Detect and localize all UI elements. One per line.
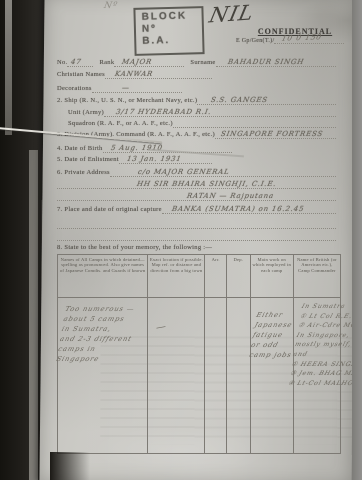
field-private-address-cont: RATAN — Rajputana [57, 190, 336, 201]
dotted-rule: — [92, 81, 182, 93]
field-capture: 7. Place and date of original capture BA… [57, 203, 336, 214]
table-column-camps: Names of All Camps in which detained—spe… [58, 255, 148, 453]
blank-dotted-line [57, 230, 336, 241]
christian-names-value: KANWAR [114, 70, 154, 78]
table-column-location: Exact location if possible. Map ref. or … [148, 255, 205, 453]
column-header-departed: Dep. [227, 255, 250, 298]
no-value: 47 [71, 58, 83, 66]
rank-value: MAJOR [122, 58, 153, 66]
column-header-work: Main work on which employed in each camp [251, 255, 293, 298]
table-column-commander: Name of British (or American etc.), Camp… [294, 255, 340, 453]
dotted-rule: KANWAR [105, 67, 212, 79]
decorations-label: Decorations [57, 85, 92, 93]
unit-label: Unit (Army) [68, 109, 104, 117]
field-date-of-enlistment: 5. Date of Enlistment 13 Jan. 1931 [57, 153, 212, 164]
camps-table: Names of All Camps in which detained—spe… [57, 254, 341, 454]
table-column-work: Main work on which employed in each camp… [251, 255, 294, 453]
field-no-rank-surname: No. 47 Rank MAJOR Surname BAHADUR SINGH [57, 56, 336, 67]
capture-value: BANKA (SUMATRA) on 16.2.45 [171, 205, 305, 213]
field-decorations: Decorations — [57, 82, 182, 93]
cell-location: — [148, 298, 204, 453]
rank-label: Rank [99, 59, 114, 67]
cell-departed [227, 298, 250, 453]
reference-number-line: E Gp/Gen(T.)/ 10 0 150 [236, 38, 344, 44]
block-number-stamp: BLOCK Nº B.A. [133, 6, 204, 56]
cell-work: EitherJapanesefatigueor oddcamp jobs [251, 298, 293, 453]
dotted-rule [57, 217, 336, 229]
column-header-camps: Names of All Camps in which detained—spe… [58, 255, 147, 298]
reference-number-value: 10 0 150 [281, 32, 323, 42]
date-of-enlistment-value: 13 Jan. 1931 [126, 155, 182, 163]
camps-handwriting: Too numerous —about 5 campsin Sumatra,an… [56, 304, 138, 364]
backing-shadow [50, 452, 90, 480]
dotted-rule: c/o MAJOR GENERAL [110, 165, 336, 177]
table-column-departed: Dep. [227, 255, 251, 453]
dotted-rule: SINGAPORE FORTRESS [215, 127, 336, 139]
work-handwriting: EitherJapanesefatigueor oddcamp jobs [248, 310, 299, 360]
ship-label: 2. Ship (R. N., U. S. N., or Merchant Na… [57, 97, 197, 105]
nil-handwritten-annotation: NIL [207, 1, 257, 28]
capture-label: 7. Place and date of original capture [57, 206, 162, 214]
binding-highlight [5, 0, 12, 135]
table-column-arrived: Arr. [205, 255, 227, 453]
cell-camps: Too numerous —about 5 campsin Sumatra,an… [58, 298, 147, 453]
squadron-label: Squadron (R. A. F., or A. A. F., etc.) [68, 120, 173, 128]
division-value: SINGAPORE FORTRESS [220, 130, 323, 138]
dotted-rule: 10 0 150 [274, 43, 344, 44]
section8-intro: 8. State to the best of your memory, the… [57, 244, 212, 251]
dotted-rule: RATAN — Rajputana [57, 189, 336, 201]
surname-value: BAHADUR SINGH [227, 58, 305, 66]
christian-names-label: Christian Names [57, 71, 105, 79]
ship-value: S.S. GANGES [211, 96, 269, 104]
private-address-line2: HH SIR BHAIRA SINGHJI, C.I.E. [136, 180, 277, 188]
surname-label: Surname [190, 59, 215, 67]
column-header-commander: Name of British (or American etc.), Camp… [294, 255, 340, 298]
reference-prefix: E Gp/Gen(T.)/ [236, 38, 274, 44]
stamp-line: B.A. [142, 34, 202, 48]
private-address-label: 6. Private Address [57, 169, 110, 177]
dotted-rule: HH SIR BHAIRA SINGHJI, C.I.E. [57, 177, 336, 189]
dotted-rule: BAHADUR SINGH [216, 55, 336, 67]
field-christian-names: Christian Names KANWAR [57, 68, 212, 79]
private-address-line3: RATAN — Rajputana [186, 192, 274, 200]
field-ship: 2. Ship (R. N., U. S. N., or Merchant Na… [57, 94, 336, 105]
column-header-location: Exact location if possible. Map ref. or … [148, 255, 204, 298]
scanned-pow-form-photo: Nº BLOCK Nº B.A. NIL CONFIDENTIAL E Gp/G… [0, 0, 362, 480]
date-of-birth-label: 4. Date of Birth [57, 145, 103, 153]
decorations-value: — [121, 84, 130, 92]
binding-highlight [29, 150, 38, 480]
commander-handwriting: In Sumatra① Lt Col R.E. HILL② Air-Cdre M… [287, 302, 362, 388]
date-of-enlistment-label: 5. Date of Enlistment [57, 156, 119, 164]
field-private-address-cont: HH SIR BHAIRA SINGHJI, C.I.E. [57, 178, 336, 189]
pencil-number-annotation: Nº [103, 1, 118, 11]
dotted-rule: BANKA (SUMATRA) on 16.2.45 [162, 202, 336, 214]
dotted-rule: MAJOR [114, 55, 184, 67]
blank-dotted-line [57, 218, 336, 229]
dotted-rule: 47 [67, 55, 93, 67]
photo-right-margin [352, 0, 362, 480]
dotted-rule [57, 229, 336, 241]
dotted-rule: S.S. GANGES [197, 93, 336, 105]
cell-arrived [205, 298, 226, 453]
private-address-line1: c/o MAJOR GENERAL [137, 168, 230, 176]
column-header-arrived: Arr. [205, 255, 226, 298]
location-mark: — [156, 321, 169, 334]
unit-value: 3/17 HYDERABAD R.I. [115, 108, 212, 116]
field-private-address: 6. Private Address c/o MAJOR GENERAL [57, 166, 336, 177]
no-label: No. [57, 59, 67, 67]
cell-commander: In Sumatra① Lt Col R.E. HILL② Air-Cdre M… [294, 298, 340, 453]
